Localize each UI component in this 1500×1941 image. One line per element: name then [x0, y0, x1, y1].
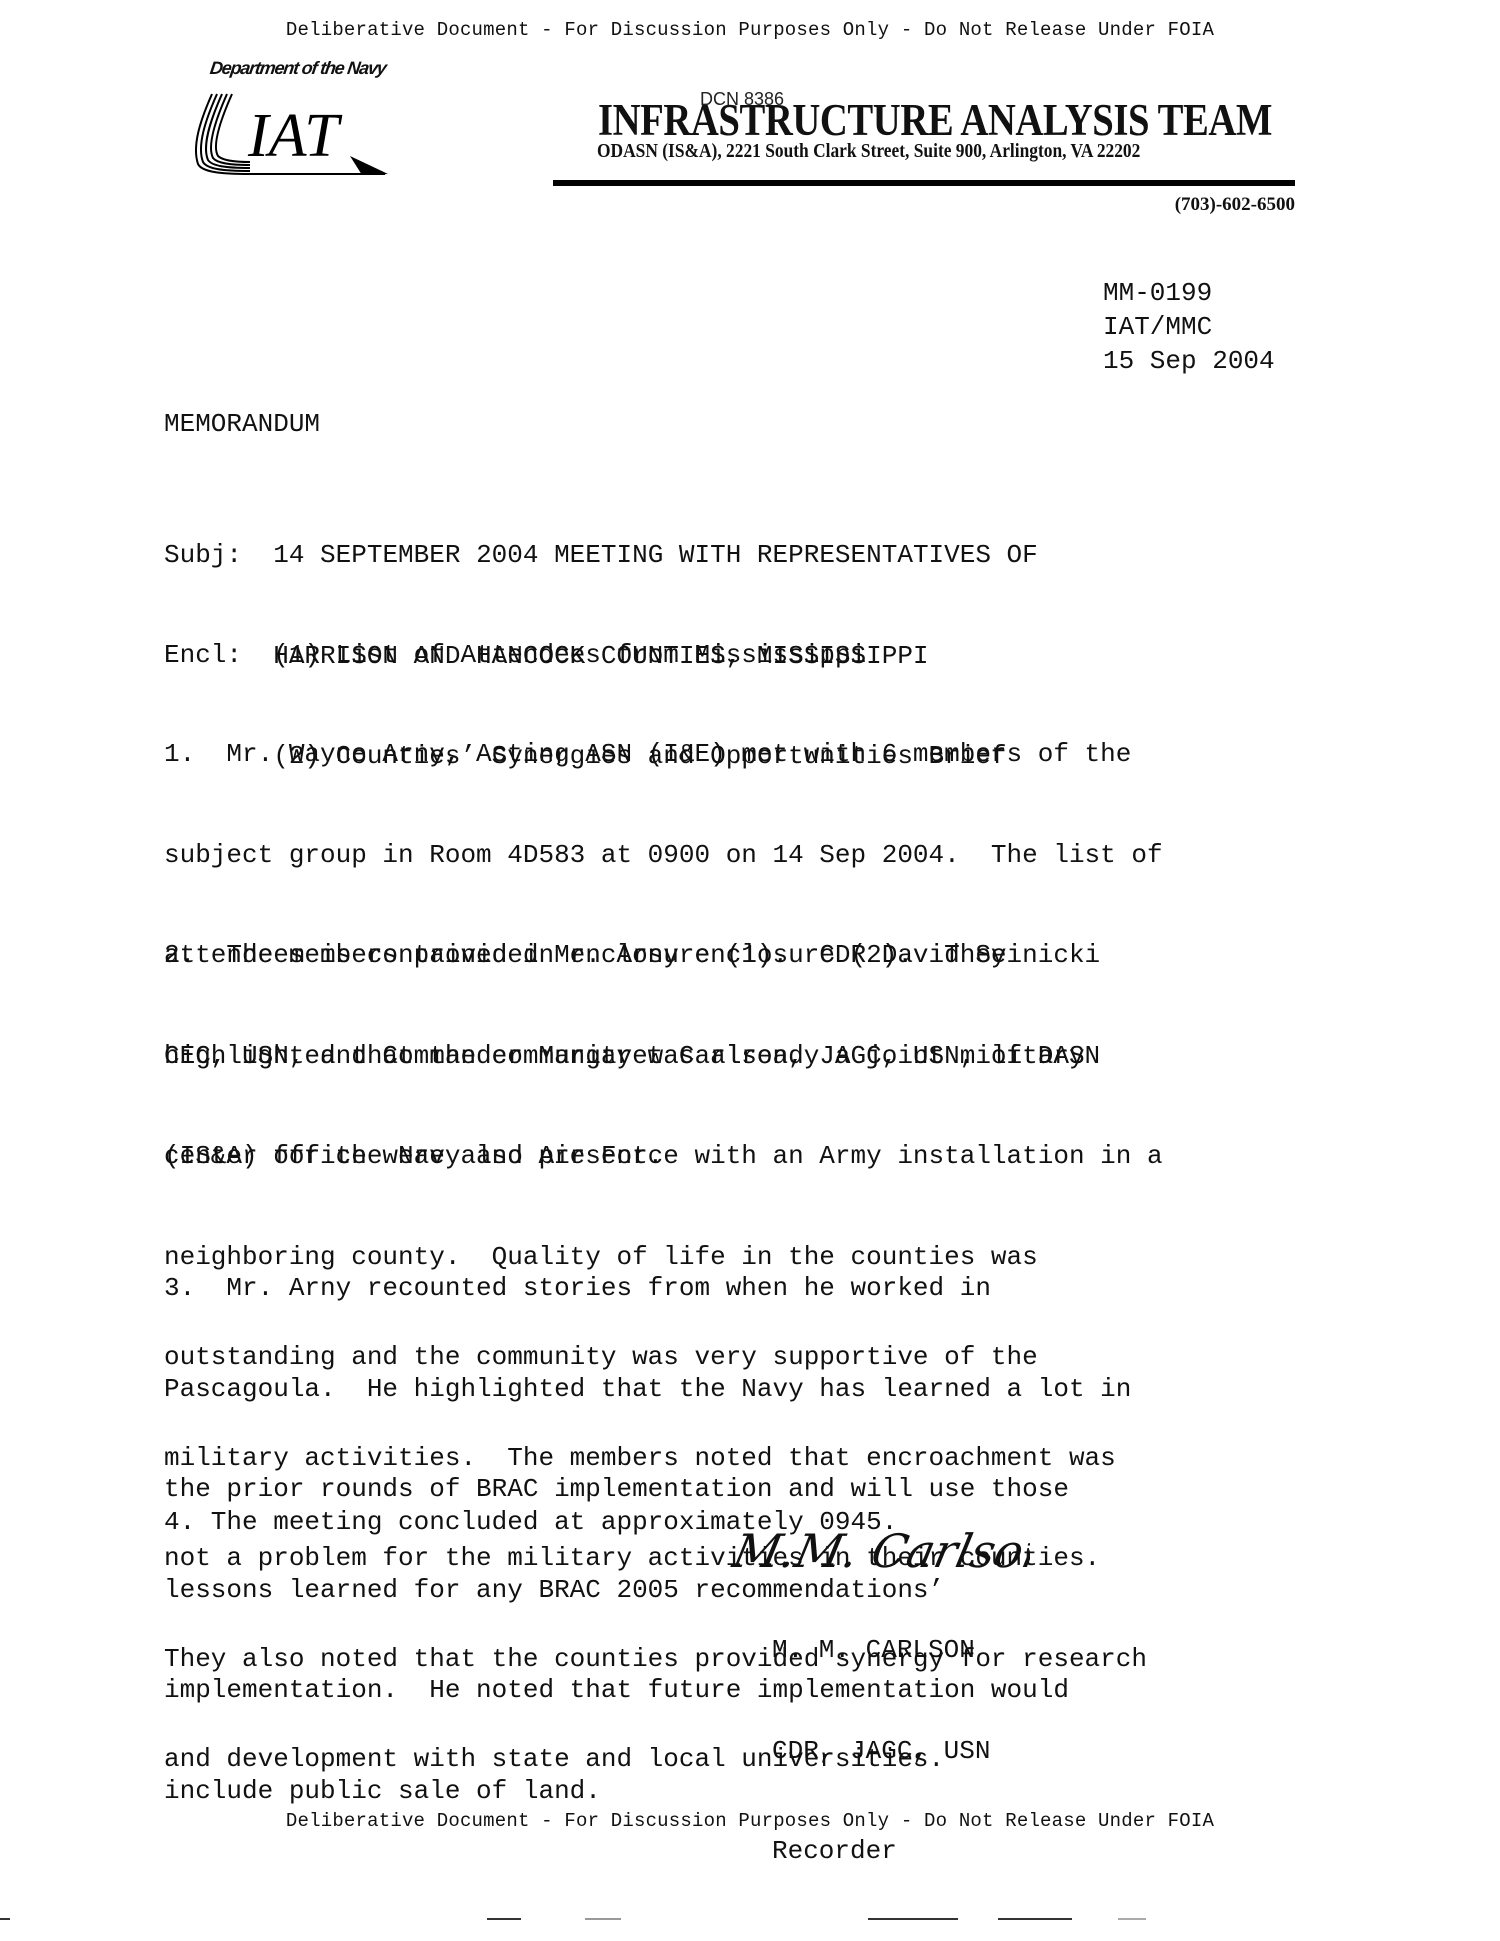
signer-role: Recorder — [772, 1835, 990, 1869]
office-code: IAT/MMC — [1103, 310, 1275, 344]
paragraph-line: highlighted that the community was alrea… — [164, 1040, 1163, 1074]
paragraph-line: subject group in Room 4D583 at 0900 on 1… — [164, 839, 1163, 873]
classification-banner-top: Deliberative Document - For Discussion P… — [0, 19, 1500, 41]
enclosure-label: Encl: — [164, 640, 242, 670]
subject-line-1: 14 SEPTEMBER 2004 MEETING WITH REPRESENT… — [273, 540, 1038, 570]
subject-label: Subj: — [164, 540, 242, 570]
paragraph-line: center for the Navy and Air Force with a… — [164, 1140, 1163, 1174]
svg-text:IAT: IAT — [247, 102, 343, 170]
signature-block: M. M. CARLSON CDR, JAGC, USN Recorder — [772, 1567, 990, 1902]
signer-rank: CDR, JAGC, USN — [772, 1735, 990, 1769]
iat-logo: Department of the Navy IAT — [190, 58, 400, 178]
classification-banner-bottom: Deliberative Document - For Discussion P… — [0, 1810, 1500, 1832]
enclosure-1: (1) List of Attendees from Mississippi — [273, 640, 866, 670]
memo-title: MEMORANDUM — [164, 408, 320, 442]
dcn-stamp: DCN 8386 — [700, 89, 784, 110]
paragraph-line: 1. Mr. Wayne Arny, Acting ASN (I&E) met … — [164, 738, 1163, 772]
organization-address: ODASN (IS&A), 2221 South Clark Street, S… — [597, 140, 1140, 163]
scan-artifacts — [0, 1918, 1500, 1922]
paragraph-line: Pascagoula. He highlighted that the Navy… — [164, 1373, 1131, 1407]
paragraph-line: 3. Mr. Arny recounted stories from when … — [164, 1272, 1131, 1306]
iat-swoosh-logo-icon: IAT — [190, 76, 400, 186]
memo-date: 15 Sep 2004 — [1103, 344, 1275, 378]
reference-block: MM-0199 IAT/MMC 15 Sep 2004 — [1103, 276, 1275, 378]
memo-number: MM-0199 — [1103, 276, 1275, 310]
organization-phone: (703)-602-6500 — [1175, 194, 1295, 216]
letterhead-rule — [553, 180, 1295, 186]
signer-name: M. M. CARLSON — [772, 1634, 990, 1668]
paragraph-line: 2. The members provided Mr. Arny enclosu… — [164, 939, 1163, 973]
